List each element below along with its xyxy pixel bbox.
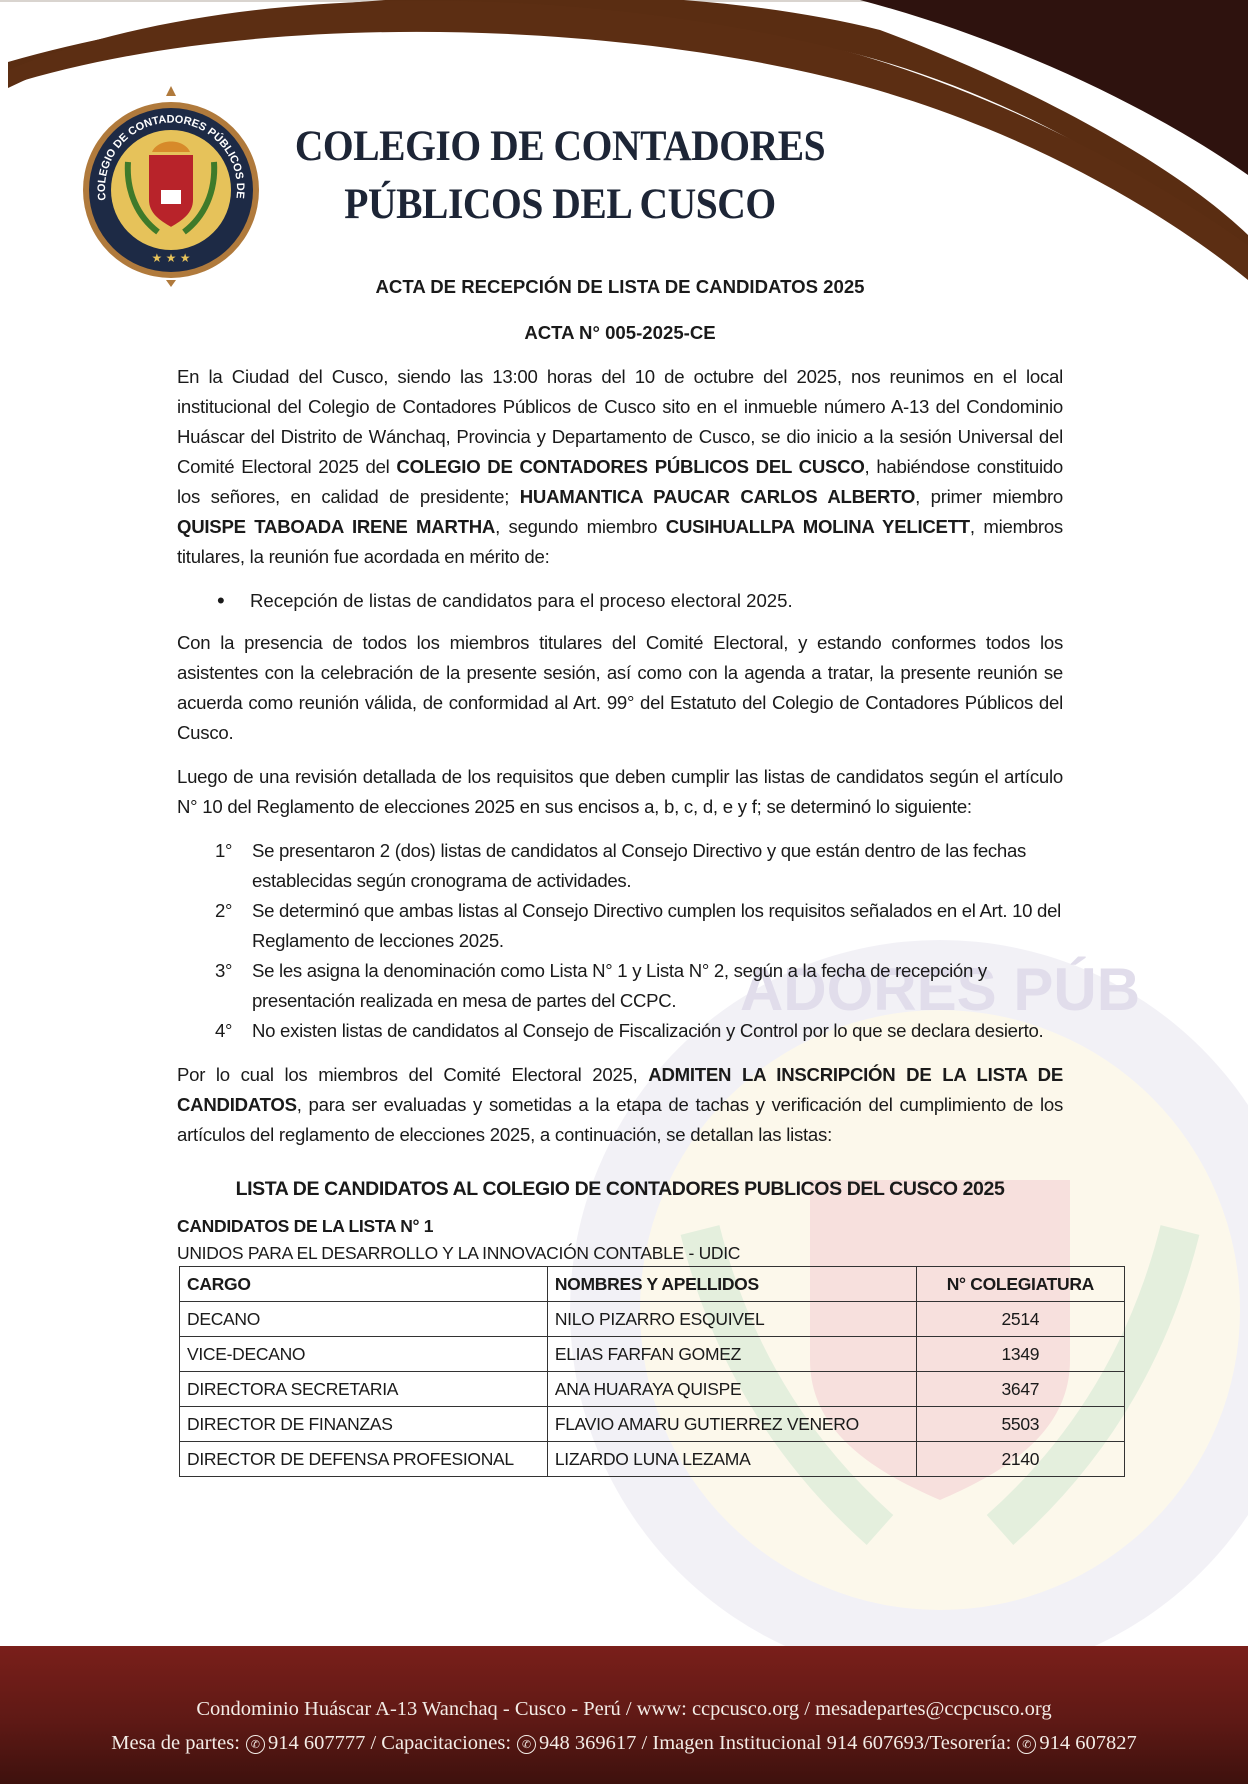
cell-nombre: FLAVIO AMARU GUTIERREZ VENERO (547, 1407, 916, 1442)
candidates-heading: LISTA DE CANDIDATOS AL COLEGIO DE CONTAD… (177, 1174, 1063, 1204)
table-header-row: CARGO NOMBRES Y APELLIDOS N° COLEGIATURA (180, 1267, 1125, 1302)
text: , segundo miembro (495, 516, 666, 537)
determination-item: 1°Se presentaron 2 (dos) listas de candi… (215, 836, 1063, 896)
cell-colegiatura: 1349 (916, 1337, 1124, 1372)
cell-colegiatura: 5503 (916, 1407, 1124, 1442)
cell-cargo: DIRECTORA SECRETARIA (180, 1372, 548, 1407)
determination-text: Se les asigna la denominación como Lista… (252, 956, 1063, 1016)
review-paragraph: Luego de una revisión detallada de los r… (177, 762, 1063, 822)
document-title: ACTA DE RECEPCIÓN DE LISTA DE CANDIDATOS… (177, 272, 1063, 302)
whatsapp-icon: ✆ (246, 1735, 265, 1754)
table-row: VICE-DECANOELIAS FARFAN GOMEZ1349 (180, 1337, 1125, 1372)
document-body: ACTA DE RECEPCIÓN DE LISTA DE CANDIDATOS… (177, 268, 1063, 1477)
column-header-cargo: CARGO (180, 1267, 548, 1302)
determination-text: No existen listas de candidatos al Conse… (252, 1016, 1063, 1046)
determination-item: 2°Se determinó que ambas listas al Conse… (215, 896, 1063, 956)
candidates-table: CARGO NOMBRES Y APELLIDOS N° COLEGIATURA… (179, 1266, 1125, 1477)
cell-colegiatura: 2514 (916, 1302, 1124, 1337)
footer-contacts: Mesa de partes:✆914 607777 / Capacitacio… (0, 1732, 1248, 1755)
contact-label: Tesorería: (930, 1732, 1012, 1754)
determination-item: 4°No existen listas de candidatos al Con… (215, 1016, 1063, 1046)
bold-text: HUAMANTICA PAUCAR CARLOS ALBERTO (520, 486, 915, 507)
determination-item: 3°Se les asigna la denominación como Lis… (215, 956, 1063, 1016)
column-header-nombres: NOMBRES Y APELLIDOS (547, 1267, 916, 1302)
contact-label: Capacitaciones: (381, 1732, 511, 1754)
determination-number: 1° (215, 836, 252, 896)
footer-address: Condominio Huáscar A-13 Wanchaq - Cusco … (0, 1698, 1248, 1721)
cell-colegiatura: 3647 (916, 1372, 1124, 1407)
text: Por lo cual los miembros del Comité Elec… (177, 1064, 648, 1085)
quorum-paragraph: Con la presencia de todos los miembros t… (177, 628, 1063, 748)
whatsapp-icon: ✆ (517, 1735, 536, 1754)
cell-colegiatura: 2140 (916, 1442, 1124, 1477)
colegio-logo: ★ ★ ★ COLEGIO DE CONTADORES PÚBLICOS DEL… (66, 82, 276, 287)
organization-title-line1: COLEGIO DE CONTADORES (266, 118, 855, 176)
determination-number: 4° (215, 1016, 252, 1046)
contact-phone: 948 369617 (539, 1732, 636, 1754)
acta-number: ACTA N° 005-2025-CE (177, 318, 1063, 348)
text: , para ser evaluadas y sometidas a la et… (177, 1094, 1063, 1145)
contact-phone: 914 607827 (1039, 1732, 1136, 1754)
cell-cargo: VICE-DECANO (180, 1337, 548, 1372)
table-row: DECANONILO PIZARRO ESQUIVEL2514 (180, 1302, 1125, 1337)
intro-paragraph: En la Ciudad del Cusco, siendo las 13:00… (177, 362, 1063, 572)
table-row: DIRECTOR DE DEFENSA PROFESIONALLIZARDO L… (180, 1442, 1125, 1477)
bold-text: QUISPE TABOADA IRENE MARTHA (177, 516, 495, 537)
contact-phone: 914 607777 (268, 1732, 365, 1754)
cell-cargo: DECANO (180, 1302, 548, 1337)
cell-nombre: ANA HUARAYA QUISPE (547, 1372, 916, 1407)
determination-number: 2° (215, 896, 252, 956)
contact-label: Mesa de partes: (111, 1732, 240, 1754)
organization-title-line2: PÚBLICOS DEL CUSCO (266, 176, 855, 234)
table-row: DIRECTORA SECRETARIAANA HUARAYA QUISPE36… (180, 1372, 1125, 1407)
list1-name: UNIDOS PARA EL DESARROLLO Y LA INNOVACIÓ… (177, 1240, 1063, 1266)
agenda-item: Recepción de listas de candidatos para e… (217, 586, 1063, 616)
contact-phone: 914 607693 (827, 1732, 924, 1754)
list1-label: CANDIDATOS DE LA LISTA N° 1 (177, 1212, 1063, 1240)
text: , primer miembro (915, 486, 1063, 507)
footer: Condominio Huáscar A-13 Wanchaq - Cusco … (0, 1646, 1248, 1784)
contact-label: Imagen Institucional (652, 1732, 821, 1754)
whatsapp-icon: ✆ (1017, 1735, 1036, 1754)
bold-text: COLEGIO DE CONTADORES PÚBLICOS DEL CUSCO (396, 456, 864, 477)
bold-text: CUSIHUALLPA MOLINA YELICETT (666, 516, 970, 537)
organization-title: COLEGIO DE CONTADORES PÚBLICOS DEL CUSCO (266, 118, 855, 234)
determination-number: 3° (215, 956, 252, 1016)
agenda-list: Recepción de listas de candidatos para e… (177, 586, 1063, 616)
admission-paragraph: Por lo cual los miembros del Comité Elec… (177, 1060, 1063, 1150)
column-header-colegiatura: N° COLEGIATURA (916, 1267, 1124, 1302)
cell-cargo: DIRECTOR DE FINANZAS (180, 1407, 548, 1442)
cell-nombre: LIZARDO LUNA LEZAMA (547, 1442, 916, 1477)
determinations-list: 1°Se presentaron 2 (dos) listas de candi… (177, 836, 1063, 1046)
svg-text:★ ★ ★: ★ ★ ★ (152, 251, 191, 265)
determination-text: Se determinó que ambas listas al Consejo… (252, 896, 1063, 956)
cell-cargo: DIRECTOR DE DEFENSA PROFESIONAL (180, 1442, 548, 1477)
table-row: DIRECTOR DE FINANZASFLAVIO AMARU GUTIERR… (180, 1407, 1125, 1442)
cell-nombre: ELIAS FARFAN GOMEZ (547, 1337, 916, 1372)
determination-text: Se presentaron 2 (dos) listas de candida… (252, 836, 1063, 896)
cell-nombre: NILO PIZARRO ESQUIVEL (547, 1302, 916, 1337)
